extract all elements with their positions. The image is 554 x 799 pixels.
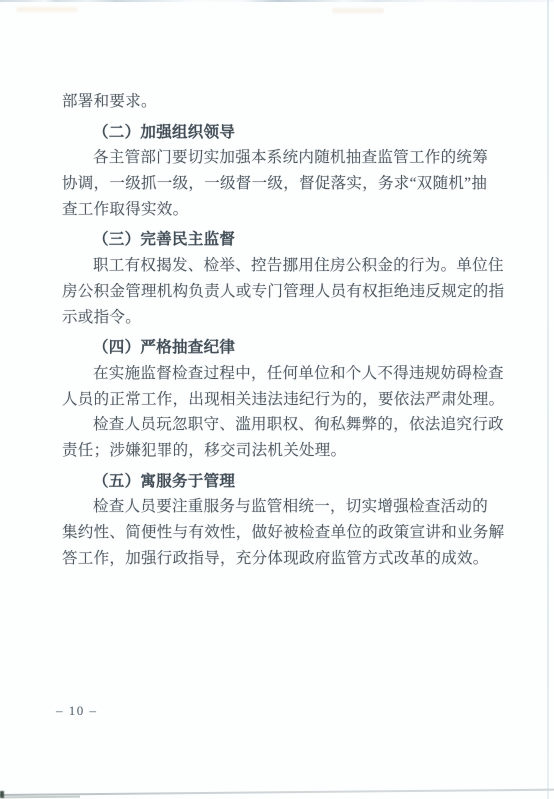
section-heading: （二）加强组织领导 (62, 120, 508, 146)
text-line: 人员的正常工作，出现相关违法违纪行为的，要依法严肃处理。 (62, 387, 508, 413)
scan-corner-mark-artifact (0, 791, 4, 798)
section-heading: （四）严格抽查纪律 (62, 335, 508, 361)
text-line: 房公积金管理机构负责人或专门管理人员有权拒绝违反规定的指 (62, 279, 508, 305)
scan-bottom-streak-artifact (2, 796, 80, 799)
document-body: 部署和要求。 （二）加强组织领导 各主管部门要切实加强本系统内随机抽查监管工作的… (62, 89, 508, 571)
scan-top-edge-artifact (0, 0, 554, 2)
text-line: 查工作取得实效。 (62, 197, 508, 223)
scan-smudge (16, 7, 78, 12)
text-line: 检查人员要注重服务与监管相统一，切实增强检查活动的 (62, 494, 508, 520)
text-line: 部署和要求。 (62, 89, 508, 115)
scan-smudge (332, 8, 384, 13)
text-line: 各主管部门要切实加强本系统内随机抽查监管工作的统筹 (62, 145, 508, 171)
text-line: 在实施监督检查过程中，任何单位和个人不得违规妨碍检查 (62, 361, 508, 387)
section-heading: （五）寓服务于管理 (62, 469, 508, 495)
section-heading: （三）完善民主监督 (62, 227, 508, 253)
text-line: 协调，一级抓一级，一级督一级，督促落实，务求“双随机”抽 (62, 171, 508, 197)
text-line: 职工有权揭发、检举、控告挪用住房公积金的行为。单位住 (62, 253, 508, 279)
page-number: – 10 – (56, 703, 98, 719)
text-line: 示或指令。 (62, 305, 508, 331)
text-line: 检查人员玩忽职守、滥用职权、徇私舞弊的，依法追究行政 (62, 412, 508, 438)
text-line: 集约性、简便性与有效性，做好被检查单位的政策宣讲和业务解 (62, 520, 508, 546)
scan-right-edge-artifact (547, 0, 549, 799)
document-page: 部署和要求。 （二）加强组织领导 各主管部门要切实加强本系统内随机抽查监管工作的… (0, 0, 554, 799)
scan-bottom-edge-artifact (0, 789, 554, 796)
text-line: 答工作，加强行政指导，充分体现政府监管方式改革的成效。 (62, 546, 508, 572)
text-line: 责任；涉嫌犯罪的，移交司法机关处理。 (62, 438, 508, 464)
